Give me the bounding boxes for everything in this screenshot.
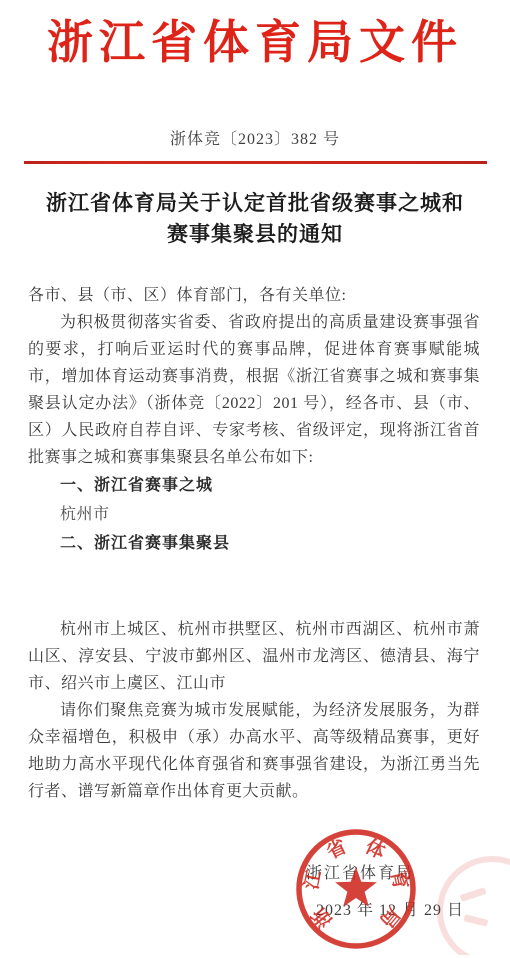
section1-content: 杭州市 — [28, 500, 480, 529]
closing-paragraph: 请你们聚焦竞赛为城市发展赋能，为经济发展服务，为群众幸福增色，积极申（承）办高水… — [28, 697, 480, 805]
document-body: 各市、县（市、区）体育部门，各有关单位: 为积极贯彻落实省委、省政府提出的高质量… — [28, 282, 480, 805]
section2-heading: 二、浙江省赛事集聚县 — [28, 529, 480, 558]
seal-ring — [299, 832, 413, 946]
section1-heading: 一、浙江省赛事之城 — [28, 471, 480, 500]
document-title-line1: 浙江省体育局关于认定首批省级赛事之城和 — [0, 188, 510, 219]
red-header-agency-title: 浙江省体育局文件 — [0, 0, 510, 74]
signature-agency-name: 浙江省体育局 — [306, 860, 414, 883]
document-number: 浙体竞〔2023〕382 号 — [0, 130, 510, 150]
signature-date: 2023 年 12 月 29 日 — [316, 897, 464, 920]
red-divider-line — [24, 161, 487, 164]
seal-main-group: 浙 江 省 体 育 局 — [299, 832, 413, 946]
closing-block: 浙江省体育局 2023 年 12 月 29 日 浙 江 省 体 育 局 — [0, 805, 510, 958]
salutation-line: 各市、县（市、区）体育部门，各有关单位: — [28, 282, 480, 309]
document-title: 浙江省体育局关于认定首批省级赛事之城和 赛事集聚县的通知 — [0, 188, 510, 250]
document-title-line2: 赛事集聚县的通知 — [0, 219, 510, 250]
intro-paragraph: 为积极贯彻落实省委、省政府提出的高质量建设赛事强省的要求，打响后亚运时代的赛事品… — [28, 309, 480, 471]
official-round-seal-icon: 浙 江 省 体 育 局 — [292, 825, 510, 955]
official-document-page: 浙江省体育局文件 浙体竞〔2023〕382 号 浙江省体育局关于认定首批省级赛事… — [0, 0, 510, 958]
section2-content-paragraph: 杭州市上城区、杭州市拱墅区、杭州市西湖区、杭州市萧山区、淳安县、宁波市鄞州区、温… — [28, 616, 480, 697]
blank-gap — [28, 558, 480, 616]
